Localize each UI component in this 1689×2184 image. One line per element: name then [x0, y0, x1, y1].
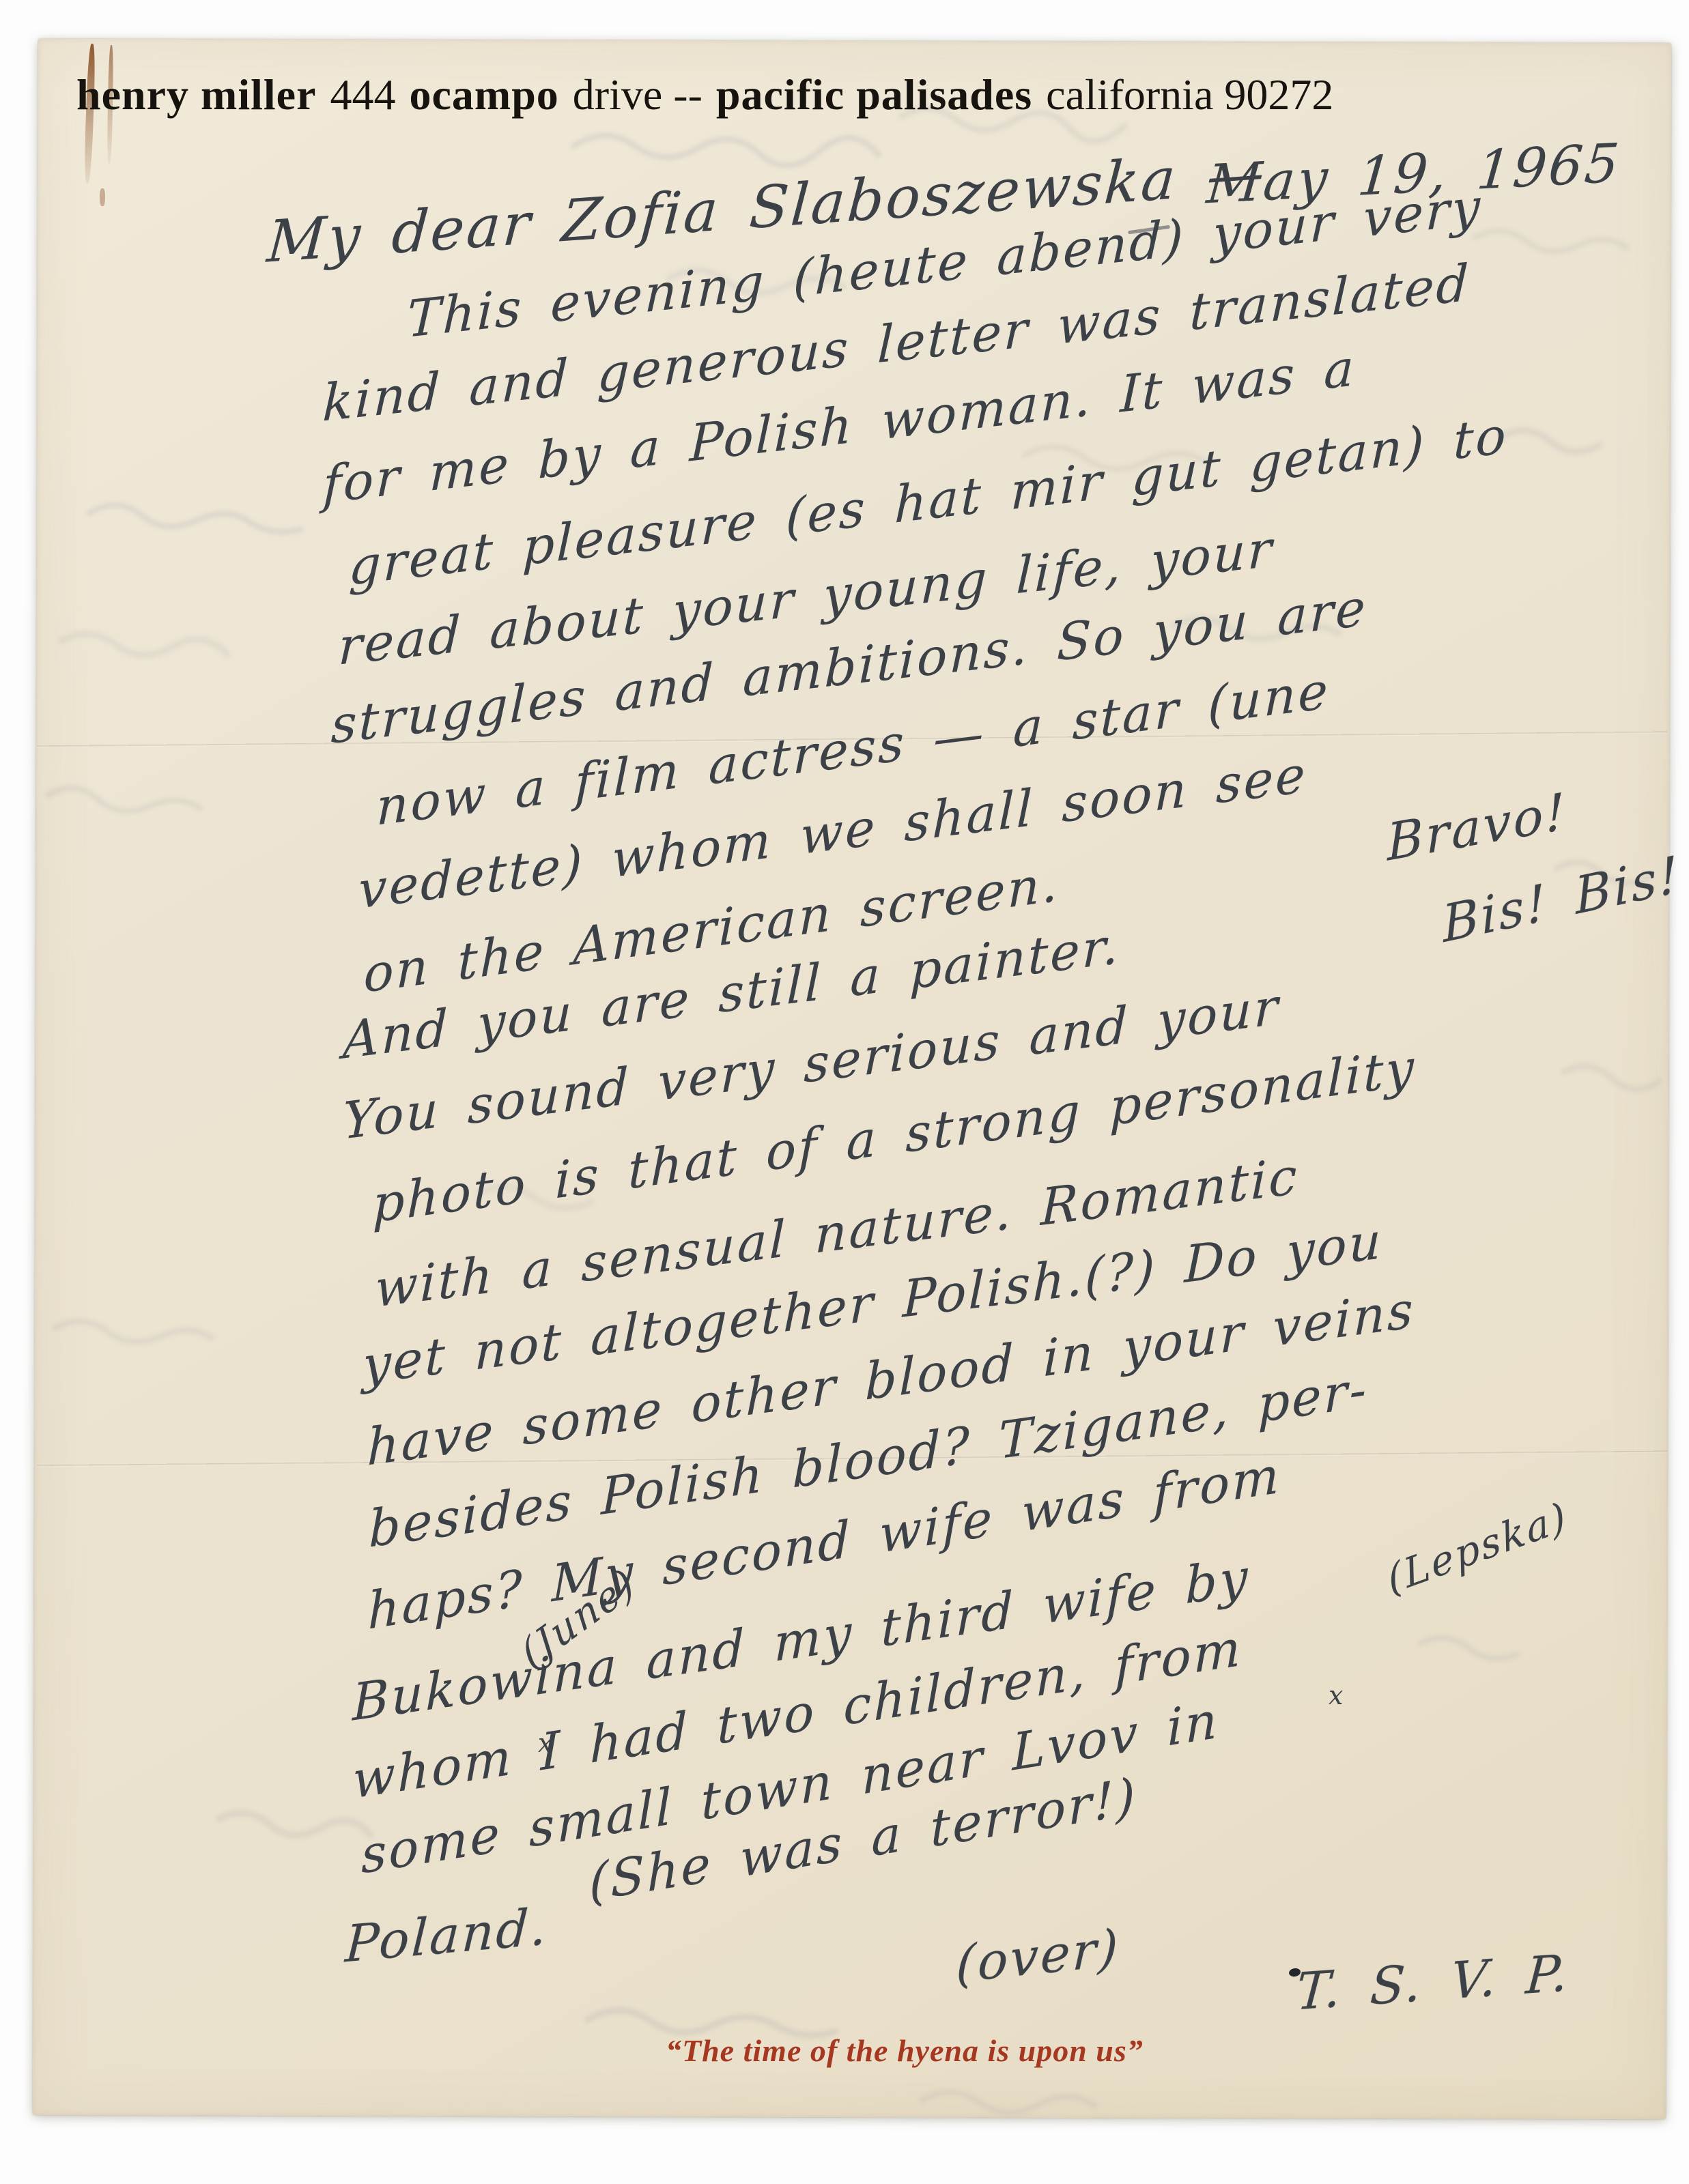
footer-motto: “The time of the hyena is upon us” — [666, 2032, 1144, 2069]
letterhead-segment: drive -- — [573, 70, 702, 119]
letterhead-segment: pacific palisades — [716, 70, 1032, 119]
letterhead-segment: ocampo — [409, 70, 558, 119]
letterhead: henry miller444ocampodrive --pacific pal… — [76, 70, 1347, 120]
insertion-caret: x — [1329, 1680, 1345, 1710]
letterhead-segment: california 90272 — [1046, 70, 1333, 119]
scanned-letter-page: { "letterhead": { "segments": [ {"text":… — [0, 0, 1689, 2184]
letterhead-segment: 444 — [330, 70, 395, 119]
letterhead-segment: henry miller — [76, 70, 316, 119]
